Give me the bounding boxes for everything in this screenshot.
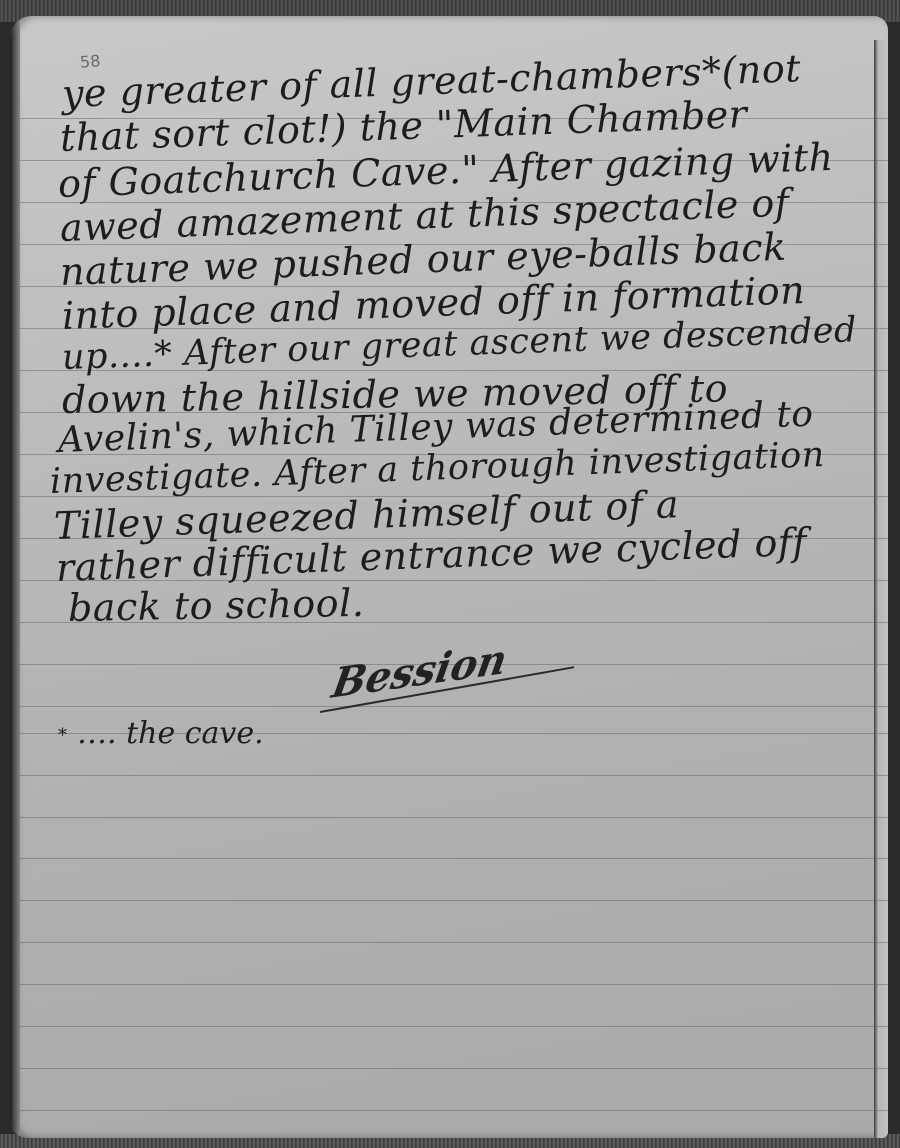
asterisk-marker: *: [58, 725, 67, 746]
ruled-line: [20, 942, 888, 943]
ruled-line: [20, 775, 888, 776]
ruled-line: [20, 1110, 888, 1111]
ruled-line: [20, 1026, 888, 1027]
page-left-edge: [10, 16, 20, 1138]
footnote: *…. the cave.: [58, 716, 264, 751]
ruled-line: [20, 900, 888, 901]
ruled-line: [20, 1068, 888, 1069]
next-page-edge: [874, 40, 888, 1138]
page-number: 58: [79, 51, 101, 71]
handwritten-line: back to school.: [68, 581, 365, 630]
ruled-line: [20, 984, 888, 985]
notebook-page: 58 ye greater of all great-chambers*(not…: [10, 16, 888, 1138]
footnote-text: …. the cave.: [77, 716, 264, 751]
signature: Bession: [329, 635, 511, 708]
ruled-line: [20, 858, 888, 859]
ruled-line: [20, 817, 888, 818]
ruled-line: [20, 706, 888, 707]
